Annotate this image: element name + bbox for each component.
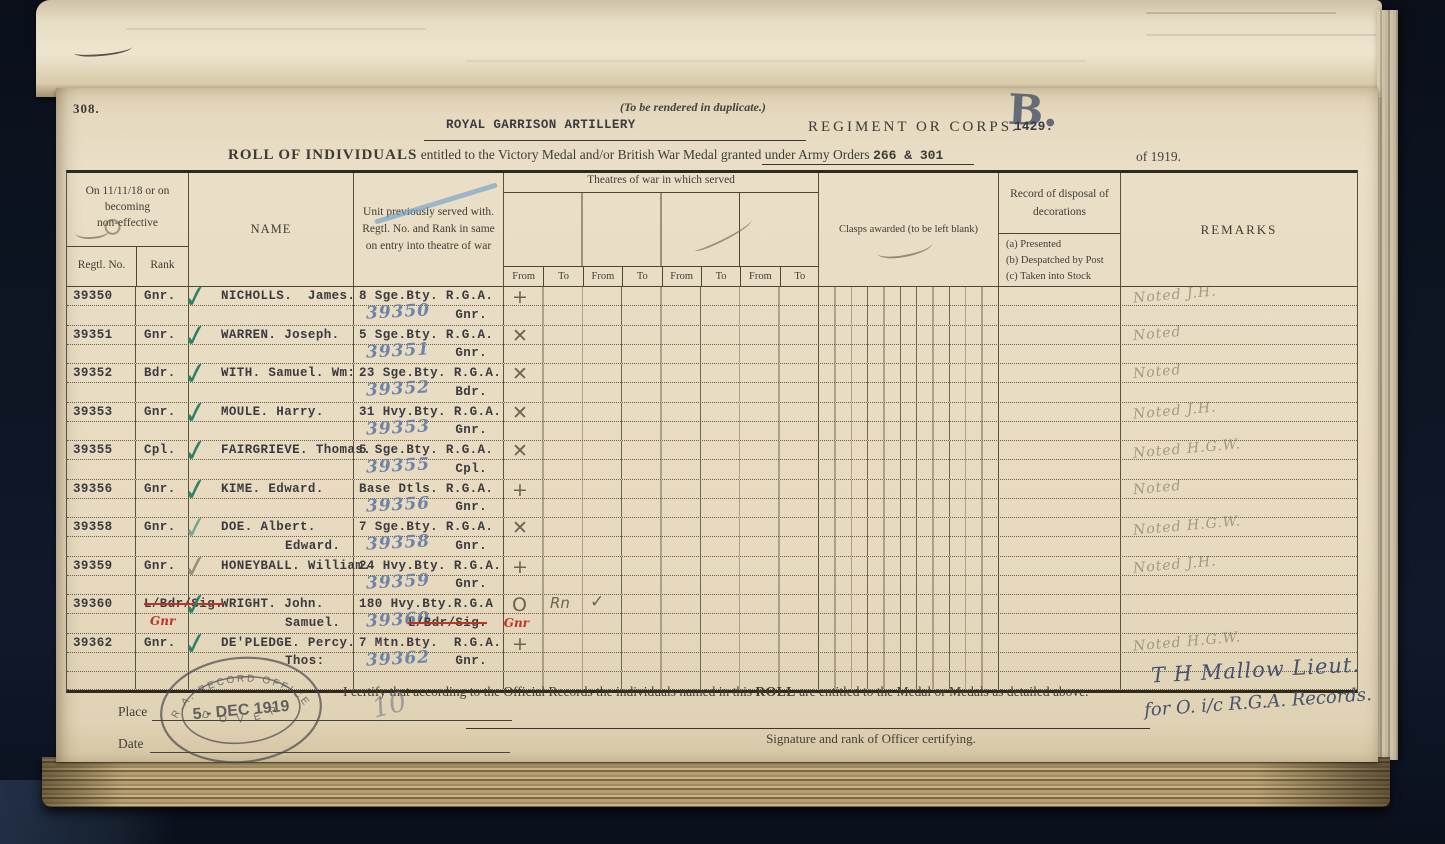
cell-remarks: Noted J.H.	[1121, 287, 1357, 325]
unit-regtl-no-handwritten: 39350	[366, 300, 431, 323]
certification-text: I certify that according to the Official…	[343, 684, 1089, 700]
cell-regtl-no: 39351	[67, 326, 136, 364]
name-value: WARREN. Joseph.	[221, 328, 340, 342]
cell-theatres: O Rn ✓	[504, 595, 819, 633]
theatres-title: Theatres of war in which served	[504, 174, 818, 186]
disposal-title2: decorations	[1033, 206, 1086, 218]
regtl-no-value: 39358	[73, 520, 113, 534]
unit-rank-value: L/Bdr/Sig.	[408, 616, 487, 630]
table-header: On 11/11/18 or on becoming non-effective…	[67, 173, 1357, 287]
remark-pencil-note: Noted H.G.W.	[1133, 629, 1242, 654]
header-remarks: REMARKS	[1121, 173, 1357, 286]
header-divider	[999, 233, 1120, 234]
cell-regtl-no: 39362	[67, 634, 136, 672]
rank-value: Bdr.	[144, 366, 176, 380]
pencil-note: 10	[369, 686, 410, 724]
table-row: 39352 Bdr. ✓ WITH. Samuel. Wm: 23 Sge.Bt…	[67, 364, 1357, 403]
rank-value: Gnr.	[144, 559, 176, 573]
regtl-no-value: 39350	[73, 289, 113, 303]
name-second-line: Edward.	[285, 539, 340, 553]
checkmark: ✓	[181, 512, 211, 546]
theatre-mark-3: ✓	[590, 592, 604, 612]
header-regtl-no: Regtl. No.	[67, 259, 136, 271]
bleedthrough-line	[466, 60, 1086, 62]
unit-regtl-no-handwritten: 39355	[366, 454, 431, 477]
checkmark: ✓	[181, 628, 211, 662]
name-value: NICHOLLS. James.	[221, 289, 355, 303]
unit-regtl-no-handwritten: 39359	[366, 570, 431, 593]
name-value: DE'PLEDGE. Percy.	[221, 636, 355, 650]
cell-regtl-no: 39355	[67, 441, 136, 479]
regtl-no-value: 39351	[73, 328, 113, 342]
table-row: 39355 Cpl. ✓ FAIRGRIEVE. Thomas. 5 Sge.B…	[67, 441, 1357, 480]
unit-rank-value: Gnr.	[455, 423, 487, 437]
unit-value: 31 Hvy.Bty. R.G.A.	[359, 405, 501, 419]
cell-name: ✓ HONEYBALL. William.	[189, 557, 354, 595]
remark-pencil-note: Noted	[1132, 477, 1182, 497]
cell-name: ✓ WITH. Samuel. Wm:	[189, 364, 354, 402]
checkmark: ✓	[181, 320, 211, 354]
cell-clasps	[819, 595, 999, 633]
disposal-item-a: (a) Presented	[1006, 239, 1061, 250]
remark-pencil-note: Noted H.G.W.	[1133, 513, 1242, 538]
header-to: To	[780, 267, 819, 286]
place-label: Place	[118, 704, 147, 720]
cell-unit: 23 Sge.Bty. R.G.A. 39352 Bdr.	[354, 364, 504, 402]
theatre-boxes	[504, 192, 818, 266]
cell-disposal	[999, 634, 1121, 672]
unit-regtl-no-handwritten: 39351	[366, 339, 431, 362]
cell-unit: 5 Sge.Bty. R.G.A. 39355 Cpl.	[354, 441, 504, 479]
cell-name: ✓ NICHOLLS. James.	[189, 287, 354, 325]
regtl-no-value: 39356	[73, 482, 113, 496]
name-value: DOE. Albert.	[221, 520, 316, 534]
cell-clasps	[819, 480, 999, 518]
header-non-effective: On 11/11/18 or on becoming non-effective…	[67, 173, 189, 286]
theatre-mark: +	[512, 633, 528, 655]
table-row: 39351 Gnr. ✓ WARREN. Joseph. 5 Sge.Bty. …	[67, 326, 1357, 365]
header-from: From	[662, 267, 701, 286]
header-to: To	[543, 267, 582, 286]
army-orders: 266 & 301	[873, 148, 943, 163]
rank-correction-red: Gnr	[150, 614, 175, 628]
header-from: From	[583, 267, 622, 286]
cell-unit: 7 Sge.Bty. R.G.A. 39358 Gnr.	[354, 518, 504, 556]
name-value: FAIRGRIEVE. Thomas.	[221, 443, 371, 457]
cell-disposal	[999, 518, 1121, 556]
unit-rank-value: Gnr.	[455, 539, 487, 553]
header-rank: Rank	[136, 259, 189, 271]
unit-header-text: Unit previously served with.Regtl. No. a…	[362, 204, 495, 255]
cell-regtl-no: 39352	[67, 364, 136, 402]
table-body: 39350 Gnr. ✓ NICHOLLS. James. 8 Sge.Bty.…	[67, 287, 1357, 690]
cell-theatres: +	[504, 287, 819, 325]
regiment-label: REGIMENT OR CORPS.	[808, 119, 1019, 136]
cell-remarks: Noted H.G.W.	[1121, 441, 1357, 479]
cell-disposal	[999, 403, 1121, 441]
header-from: From	[740, 267, 779, 286]
header-to: To	[622, 267, 661, 286]
cell-regtl-no: 39359	[67, 557, 136, 595]
unit-rank-value: Gnr.	[455, 577, 487, 591]
cell-clasps	[819, 634, 999, 672]
rank-value: Gnr.	[144, 328, 176, 342]
theatre-mark-2: Rn	[550, 594, 570, 612]
regtl-no-value: 39360	[73, 597, 113, 611]
duplicate-note: (To be rendered in duplicate.)	[620, 100, 766, 115]
disposal-item-b: (b) Despatched by Post	[1006, 255, 1104, 266]
checkmark: ✓	[181, 358, 211, 392]
header-clasps: Clasps awarded (to be left blank)	[819, 173, 999, 286]
unit-rank-value: Gnr.	[455, 346, 487, 360]
checkmark: ✓	[181, 435, 211, 469]
theatre-mark: +	[512, 556, 528, 578]
cell-disposal	[999, 287, 1121, 325]
regtl-no-value: 39353	[73, 405, 113, 419]
remark-pencil-note: Noted	[1132, 323, 1182, 343]
regtl-no-value: 39359	[73, 559, 113, 573]
cell-regtl-no	[67, 672, 136, 689]
regtl-no-value: 39355	[73, 443, 113, 457]
cell-disposal	[999, 595, 1121, 633]
medal-roll-table: On 11/11/18 or on becoming non-effective…	[66, 170, 1358, 693]
unit-regtl-no-handwritten: 39362	[366, 647, 431, 670]
cell-clasps	[819, 403, 999, 441]
disposal-title1: Record of disposal of	[1010, 188, 1109, 200]
table-row: 39360 L/Bdr/Sig. Gnr ✓ WRIGHT. John. Sam…	[67, 595, 1357, 634]
record-office-stamp: R.A. RECORD OFFICE D O V E R 5 - DEC 191…	[151, 647, 330, 773]
cell-remarks	[1121, 595, 1357, 633]
rank-value: Gnr.	[144, 636, 176, 650]
bleedthrough-line	[1146, 12, 1336, 14]
table-row: 39358 Gnr. ✓ DOE. Albert. Edward. 7 Sge.…	[67, 518, 1357, 557]
unit-regtl-no-handwritten: 39353	[366, 416, 431, 439]
checkmark: ✓	[181, 589, 211, 623]
cell-theatres: +	[504, 634, 819, 672]
header-to: To	[701, 267, 740, 286]
unit-rank-value: Cpl.	[455, 462, 487, 476]
rank-value: Gnr.	[144, 482, 176, 496]
remark-pencil-note: Noted	[1132, 362, 1182, 382]
document-page: 308. (To be rendered in duplicate.) B. R…	[56, 88, 1378, 762]
cell-unit: 24 Hvy.Bty. R.G.A. 39359 Gnr.	[354, 557, 504, 595]
regtl-no-value: 39362	[73, 636, 113, 650]
cell-clasps	[819, 518, 999, 556]
regiment-underline	[424, 140, 806, 141]
cell-unit: 8 Sge.Bty. R.G.A. 39350 Gnr.	[354, 287, 504, 325]
unit-regtl-no-handwritten: 39352	[366, 377, 431, 400]
roll-title-rest: entitled to the Victory Medal and/or Bri…	[417, 147, 873, 162]
remark-pencil-note: Noted J.H.	[1132, 553, 1217, 576]
header-name: NAME	[189, 173, 354, 286]
header-theatres: Theatres of war in which served FromToFr…	[504, 173, 819, 286]
title-underline	[762, 164, 974, 165]
signature-line	[466, 728, 1150, 729]
cell-regtl-no: 39356	[67, 480, 136, 518]
checkmark: ✓	[181, 281, 211, 315]
unit-value: 23 Sge.Bty. R.G.A.	[359, 366, 501, 380]
cell-unit: 5 Sge.Bty. R.G.A. 39351 Gnr.	[354, 326, 504, 364]
signature-caption: Signature and rank of Officer certifying…	[591, 731, 1151, 747]
cell-disposal	[999, 364, 1121, 402]
cell-unit: Base Dtls. R.G.A. 39356 Gnr.	[354, 480, 504, 518]
name-second-line: Samuel.	[285, 616, 340, 630]
name-value: MOULE. Harry.	[221, 405, 324, 419]
cell-disposal	[999, 557, 1121, 595]
name-value: HONEYBALL. William.	[221, 559, 371, 573]
unit-rank-value: Bdr.	[455, 385, 487, 399]
unit-value: 24 Hvy.Bty. R.G.A.	[359, 559, 501, 573]
remark-pencil-note: Noted J.H.	[1132, 283, 1217, 306]
cell-remarks: Noted	[1121, 364, 1357, 402]
cell-theatres: ✕	[504, 364, 819, 402]
cell-theatres: +	[504, 480, 819, 518]
roll-title: ROLL OF INDIVIDUALS entitled to the Vict…	[228, 147, 943, 164]
cell-theatres: ✕	[504, 518, 819, 556]
unit-rank-value: Gnr.	[455, 308, 487, 322]
name-value: KIME. Edward.	[221, 482, 324, 496]
remark-pencil-note: Noted H.G.W.	[1133, 436, 1242, 461]
header-unit: Unit previously served with.Regtl. No. a…	[354, 173, 504, 286]
unit-regtl-no-handwritten: 39358	[366, 531, 431, 554]
pen-scribble	[74, 42, 133, 58]
name-value: WRIGHT. John.	[221, 597, 324, 611]
date-label: Date	[118, 736, 143, 752]
unit-regtl-no-handwritten: 39356	[366, 493, 431, 516]
header-disposal: Record of disposal ofdecorations (a) Pre…	[999, 173, 1121, 286]
cell-regtl-no: 39353	[67, 403, 136, 441]
cell-clasps	[819, 557, 999, 595]
theatre-mark: ✕	[512, 440, 528, 462]
name-value: WITH. Samuel. Wm:	[221, 366, 355, 380]
theatre-mark: ✕	[512, 517, 528, 539]
cell-remarks: Noted H.G.W.	[1121, 518, 1357, 556]
roll-title-main: ROLL OF INDIVIDUALS	[228, 147, 417, 163]
checkmark: ✓	[181, 474, 211, 508]
cell-disposal	[999, 441, 1121, 479]
cell-remarks: Noted	[1121, 480, 1357, 518]
photo-background: 308. (To be rendered in duplicate.) B. R…	[0, 0, 1445, 844]
theatre-mark: ✕	[512, 363, 528, 385]
cell-remarks: Noted J.H.	[1121, 557, 1357, 595]
unit-rank-correction-red: Gnr	[504, 616, 529, 630]
cell-clasps	[819, 326, 999, 364]
cell-clasps	[819, 441, 999, 479]
rank-value: Gnr.	[144, 289, 176, 303]
table-row: 39359 Gnr. ✓ HONEYBALL. William. 24 Hvy.…	[67, 557, 1357, 596]
cell-name: ✓ WARREN. Joseph.	[189, 326, 354, 364]
disposal-item-c: (c) Taken into Stock	[1006, 271, 1091, 282]
regtl-no-value: 39352	[73, 366, 113, 380]
cell-theatres: +	[504, 557, 819, 595]
checkmark: ✓	[181, 397, 211, 431]
pencil-scribble	[74, 223, 109, 240]
of-year: of 1919.	[1136, 149, 1181, 165]
cell-regtl-no: 39358	[67, 518, 136, 556]
bleedthrough-line	[1146, 34, 1376, 36]
cell-theatres: ✕	[504, 326, 819, 364]
cell-disposal	[999, 480, 1121, 518]
bleedthrough-line	[126, 28, 426, 30]
cell-regtl-no: 39350	[67, 287, 136, 325]
cell-unit: 7 Mtn.Bty. R.G.A. 39362 Gnr.	[354, 634, 504, 672]
page-stack-edge	[1377, 10, 1398, 760]
rank-value: Gnr.	[144, 520, 176, 534]
non-effective-line1: On 11/11/18 or on becoming	[86, 185, 170, 213]
checkmark: ✓	[181, 551, 211, 585]
table-row: 39353 Gnr. ✓ MOULE. Harry. 31 Hvy.Bty. R…	[67, 403, 1357, 442]
theatre-mark: O	[512, 594, 527, 616]
header-from: From	[504, 267, 543, 286]
cell-clasps	[819, 364, 999, 402]
cell-clasps	[819, 287, 999, 325]
cell-name: ✓ DOE. Albert. Edward.	[189, 518, 354, 556]
header-divider	[67, 246, 188, 247]
theatre-mark: ✕	[512, 325, 528, 347]
cell-name: ✓ FAIRGRIEVE. Thomas.	[189, 441, 354, 479]
theatre-mark: ✕	[512, 402, 528, 424]
clasps-title: Clasps awarded (to be left blank)	[839, 224, 978, 235]
table-row: 39356 Gnr. ✓ KIME. Edward. Base Dtls. R.…	[67, 480, 1357, 519]
unit-value: 7 Mtn.Bty. R.G.A.	[359, 636, 501, 650]
theatre-mark: +	[512, 286, 528, 308]
regiment-number: 1429.	[1014, 120, 1054, 134]
from-to-row: FromToFromToFromToFromTo	[504, 266, 818, 286]
regiment-name: ROYAL GARRISON ARTILLERY	[446, 118, 636, 132]
cell-name: ✓ MOULE. Harry.	[189, 403, 354, 441]
cell-theatres: ✕	[504, 441, 819, 479]
rank-value: Gnr.	[144, 405, 176, 419]
cell-unit: 180 Hvy.Bty.R.G.A 39360 L/Bdr/Sig. Gnr	[354, 595, 504, 633]
cell-theatres: ✕	[504, 403, 819, 441]
pencil-curve	[876, 235, 934, 261]
previous-page-curl	[36, 0, 1382, 97]
theatre-mark: +	[512, 479, 528, 501]
page-number: 308.	[73, 101, 100, 117]
cell-disposal	[999, 326, 1121, 364]
cell-remarks: Noted	[1121, 326, 1357, 364]
remark-pencil-note: Noted J.H.	[1132, 399, 1217, 422]
table-row: 39350 Gnr. ✓ NICHOLLS. James. 8 Sge.Bty.…	[67, 287, 1357, 326]
unit-rank-value: Gnr.	[455, 500, 487, 514]
cell-name: ✓ KIME. Edward.	[189, 480, 354, 518]
rank-value: Cpl.	[144, 443, 176, 457]
cell-regtl-no: 39360	[67, 595, 136, 633]
cell-remarks: Noted J.H.	[1121, 403, 1357, 441]
cell-unit: 31 Hvy.Bty. R.G.A. 39353 Gnr.	[354, 403, 504, 441]
unit-rank-value: Gnr.	[455, 654, 487, 668]
